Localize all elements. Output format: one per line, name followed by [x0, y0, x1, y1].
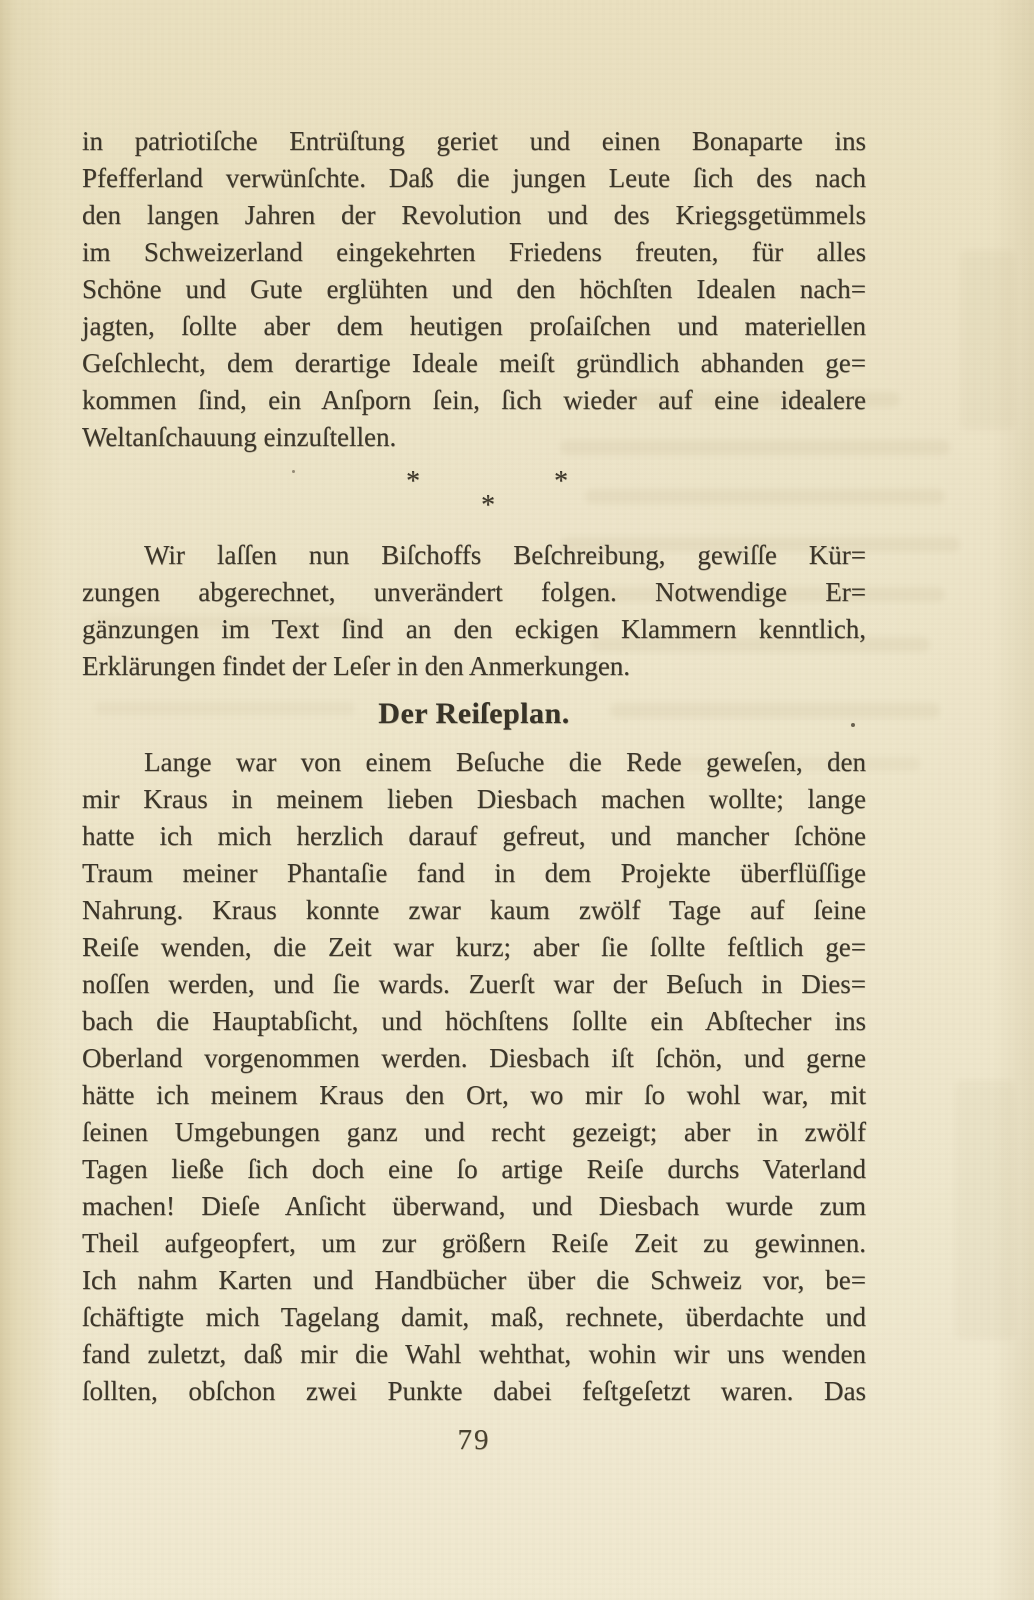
- text-line: ſeinen Umgebungen ganz und recht gezeigt…: [82, 1114, 866, 1151]
- text-line: gänzungen im Text ſind an den eckigen Kl…: [82, 611, 866, 648]
- text-line: Tagen ließe ſich doch eine ſo artige Rei…: [82, 1151, 866, 1188]
- separator-star: *: [481, 492, 495, 520]
- text-line: Nahrung. Kraus konnte zwar kaum zwölf Ta…: [82, 892, 866, 929]
- text-line: ſchäftigte mich Tagelang damit, maß, rec…: [82, 1299, 866, 1336]
- text-line: Schöne und Gute erglühten und den höchſt…: [82, 271, 866, 308]
- text-line: machen! Dieſe Anſicht überwand, und Dies…: [82, 1188, 866, 1225]
- text-line: Erklärungen findet der Leſer in den Anme…: [82, 648, 866, 685]
- text-line: Pfefferland verwünſchte. Daß die jungen …: [82, 160, 866, 197]
- text-line: kommen ſind, ein Anſporn ſein, ſich wied…: [82, 382, 866, 419]
- text-line: den langen Jahren der Revolution und des…: [82, 197, 866, 234]
- book-page-scan: in patriotiſche Entrüſtung geriet und ei…: [0, 0, 1034, 1600]
- paragraph-1: in patriotiſche Entrüſtung geriet und ei…: [82, 123, 866, 456]
- bleedthrough-smudge: [955, 1080, 1015, 1340]
- paragraph-2: Wir laſſen nun Biſchoffs Beſchreibung, g…: [82, 537, 866, 685]
- text-line: Ich nahm Karten und Handbücher über die …: [82, 1262, 866, 1299]
- text-line: Geſchlecht, dem derartige Ideale meiſt g…: [82, 345, 866, 382]
- text-line: Traum meiner Phantaſie fand in dem Proje…: [82, 855, 866, 892]
- page-number: 79: [82, 1424, 866, 1457]
- text-line: Oberland vorgenommen werden. Diesbach iſ…: [82, 1040, 866, 1077]
- scan-speck: [292, 470, 295, 473]
- text-line: Wir laſſen nun Biſchoffs Beſchreibung, g…: [82, 537, 866, 574]
- separator-star: *: [554, 468, 568, 496]
- bleedthrough-smudge: [960, 250, 1015, 430]
- text-line: fand zuletzt, daß mir die Wahl wehthat, …: [82, 1336, 866, 1373]
- text-line: hatte ich mich herzlich darauf gefreut, …: [82, 818, 866, 855]
- text-line: zungen abgerechnet, unverändert folgen. …: [82, 574, 866, 611]
- paragraph-3: Lange war von einem Beſuche die Rede gew…: [82, 744, 866, 1410]
- text-line: in patriotiſche Entrüſtung geriet und ei…: [82, 123, 866, 160]
- text-line: mir Kraus in meinem lieben Diesbach mach…: [82, 781, 866, 818]
- text-line: ſollten, obſchon zwei Punkte dabei feſtg…: [82, 1373, 866, 1410]
- text-line: im Schweizerland eingekehrten Friedens f…: [82, 234, 866, 271]
- text-line: bach die Hauptabſicht, und höchſtens ſol…: [82, 1003, 866, 1040]
- text-line: noſſen werden, und ſie wards. Zuerſt war…: [82, 966, 866, 1003]
- text-line: Reiſe wenden, die Zeit war kurz; aber ſi…: [82, 929, 866, 966]
- separator-star: *: [406, 468, 420, 496]
- text-line: Weltanſchauung einzuſtellen.: [82, 419, 866, 456]
- text-line: jagten, ſollte aber dem heutigen proſaiſ…: [82, 308, 866, 345]
- text-line: Lange war von einem Beſuche die Rede gew…: [82, 744, 866, 781]
- text-line: hätte ich meinem Kraus den Ort, wo mir ſ…: [82, 1077, 866, 1114]
- section-heading: Der Reiſeplan.: [82, 694, 866, 734]
- text-line: Theil aufgeopfert, um zur größern Reiſe …: [82, 1225, 866, 1262]
- bleedthrough-smudge: [585, 489, 945, 504]
